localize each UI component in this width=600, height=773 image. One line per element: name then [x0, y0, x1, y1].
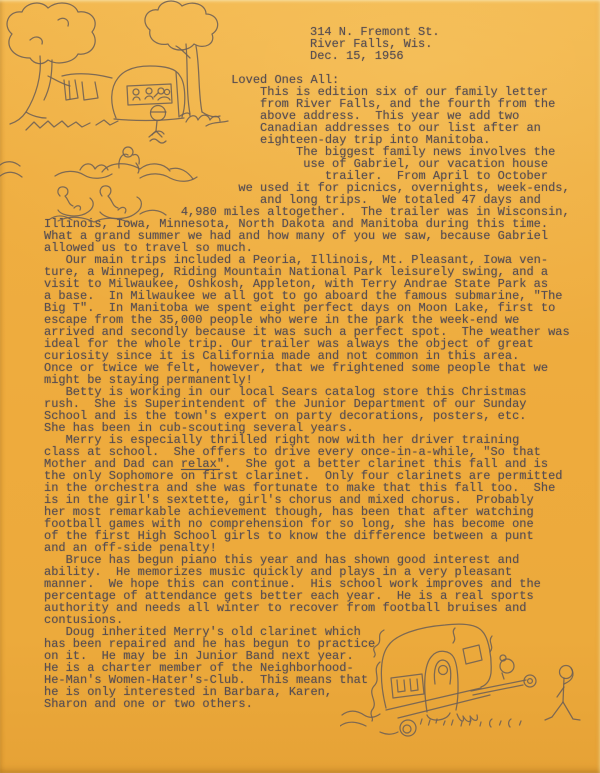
date-line: Dec. 15, 1956	[310, 49, 404, 63]
trailer-wheel	[380, 720, 416, 736]
relax-underline	[181, 469, 220, 470]
ground-marks	[340, 711, 521, 727]
return-address: 314 N. Fremont St. River Falls, Wis. Dec…	[310, 26, 440, 62]
letter-body: Loved Ones All: This is edition six of o…	[44, 74, 570, 710]
letter-page: 314 N. Fremont St. River Falls, Wis. Dec…	[0, 0, 600, 773]
